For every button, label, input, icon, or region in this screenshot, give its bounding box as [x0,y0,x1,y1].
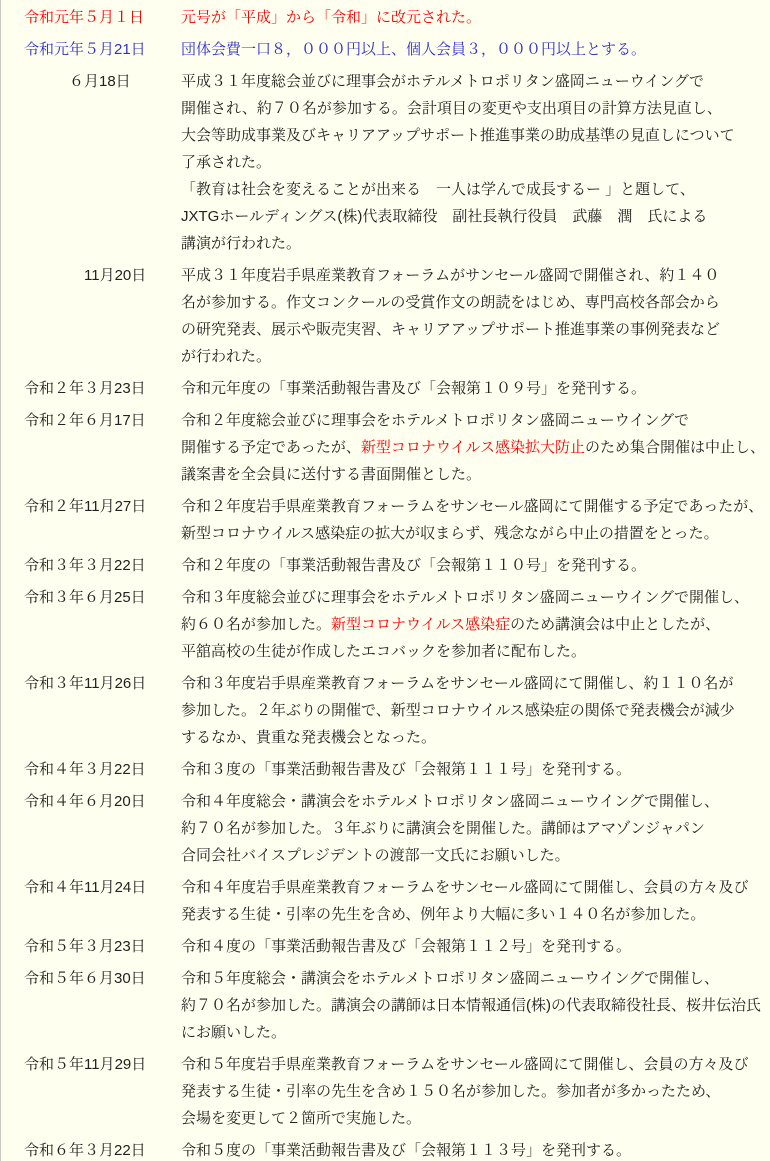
text-segment: 開催する予定であったが、 [181,439,361,456]
text-segment: 開催され、約７０名が参加する。会計項目の変更や支出項目の計算方法見直し、 [181,100,722,117]
text-segment: 令和３度の「事業活動報告書及び「会報第１１１号」を発刊する。 [181,761,631,778]
text-segment: 会場を変更して２箇所で実施した。 [181,1110,421,1127]
text-segment: のため講演会は中止としたが、 [510,616,720,633]
text-segment: 令和元年度の「事業活動報告書及び「会報第１０９号」を発刊する。 [181,380,646,397]
entry-text-line: するなか、貴重な発表機会となった。 [181,724,770,751]
entry-date: 11月20日 [1,262,181,289]
text-segment: 平成３１年度岩手県産業教育フォーラムがサンセール盛岡で開催され、約１４０ [181,267,719,284]
text-segment: するなか、貴重な発表機会となった。 [181,729,436,746]
timeline-entry: 令和２年11月27日令和２年度岩手県産業教育フォーラムをサンセール盛岡にて開催す… [1,493,770,547]
text-segment: 令和２年度の「事業活動報告書及び「会報第１１０号」を発刊する。 [181,557,646,574]
text-segment: 大会等助成事業及びキャリアアップサポート推進事業の助成基準の見直しについて [181,127,735,144]
entry-text-line: 開催する予定であったが、新型コロナウイルス感染拡大防止のため集合開催は中止し、 [181,434,770,461]
entry-text-line: 令和２年度の「事業活動報告書及び「会報第１１０号」を発刊する。 [181,552,770,579]
entry-content: 令和３年度岩手県産業教育フォーラムをサンセール盛岡にて開催し、約１１０名が参加し… [181,670,770,751]
entry-content: 元号が「平成」から「令和」に改元された。 [181,4,770,31]
text-segment: 「教育は社会を変えることが出来る 一人は学んで成長するー 」と題して、 [181,181,695,198]
entry-content: 令和５年度岩手県産業教育フォーラムをサンセール盛岡にて開催し、会員の方々及び発表… [181,1051,770,1132]
text-segment: 令和３年度岩手県産業教育フォーラムをサンセール盛岡にて開催し、約１１０名が [181,675,733,692]
highlighted-text-segment: 新型コロナウイルス感染症 [331,616,510,633]
entry-text-line: 団体会費一口８，０００円以上、個人会員３，０００円以上とする。 [181,36,770,63]
timeline-entry: 令和２年３月23日令和元年度の「事業活動報告書及び「会報第１０９号」を発刊する。 [1,375,770,402]
text-segment: 発表する生徒・引率の先生を含め、例年より大幅に多い１４０名が参加した。 [181,906,705,923]
timeline-entry: 令和元年５月21日団体会費一口８，０００円以上、個人会員３，０００円以上とする。 [1,36,770,63]
text-segment: 参加した。２年ぶりの開催で、新型コロナウイルス感染症の関係で発表機会が減少 [181,702,735,719]
entry-date: 令和２年６月17日 [1,407,181,434]
entry-content: 平成３１年度岩手県産業教育フォーラムがサンセール盛岡で開催され、約１４０名が参加… [181,262,770,370]
text-segment: 令和５年度総会・講演会をホテルメトロポリタン盛岡ニューウイングで開催し、 [181,970,719,987]
text-segment: 約６０名が参加した。 [181,616,331,633]
entry-date: ６月18日 [1,68,181,95]
entry-content: 令和２年度総会並びに理事会をホテルメトロポリタン盛岡ニューウイングで開催する予定… [181,407,770,488]
entry-content: 平成３１年度総会並びに理事会がホテルメトロポリタン盛岡ニューウイングで開催され、… [181,68,770,257]
text-segment: JXTGホールディングス(株)代表取締役 副社長執行役員 武藤 潤 氏による [181,208,707,225]
timeline-entry: 令和４年11月24日令和４年度岩手県産業教育フォーラムをサンセール盛岡にて開催し… [1,874,770,928]
text-segment: にお願いした。 [181,1024,286,1041]
entry-date: 令和３年３月22日 [1,552,181,579]
text-segment: 名が参加する。作文コンクールの受賞作文の朗読をはじめ、専門高校各部会から [181,294,720,311]
entry-text-line: 合同会社バイスプレジデントの渡部一文氏にお願いした。 [181,842,770,869]
entry-date: 令和３年６月25日 [1,584,181,611]
entry-text-line: 名が参加する。作文コンクールの受賞作文の朗読をはじめ、専門高校各部会から [181,289,770,316]
text-segment: 令和４年度総会・講演会をホテルメトロポリタン盛岡ニューウイングで開催し、 [181,793,719,810]
timeline: 令和元年５月１日元号が「平成」から「令和」に改元された。令和元年５月21日団体会… [1,4,770,1161]
entry-content: 令和２年度の「事業活動報告書及び「会報第１１０号」を発刊する。 [181,552,770,579]
entry-text-line: 令和４年度総会・講演会をホテルメトロポリタン盛岡ニューウイングで開催し、 [181,788,770,815]
timeline-entry: 令和４年３月22日令和３度の「事業活動報告書及び「会報第１１１号」を発刊する。 [1,756,770,783]
entry-date: 令和５年３月23日 [1,933,181,960]
text-segment: が行われた。 [181,348,271,365]
highlighted-text-segment: 団体会費一口８，０００円以上、個人会員３，０００円以上とする。 [181,41,646,58]
entry-date: 令和２年３月23日 [1,375,181,402]
timeline-entry: 令和５年６月30日令和５年度総会・講演会をホテルメトロポリタン盛岡ニューウイング… [1,965,770,1046]
entry-text-line: 令和２年度総会並びに理事会をホテルメトロポリタン盛岡ニューウイングで [181,407,770,434]
entry-text-line: 平舘高校の生徒が作成したエコバックを参加者に配布した。 [181,638,770,665]
highlighted-text-segment: 元号が「平成」から「令和」に改元された。 [181,9,481,26]
entry-text-line: 令和５年度岩手県産業教育フォーラムをサンセール盛岡にて開催し、会員の方々及び [181,1051,770,1078]
text-segment: 令和５度の「事業活動報告書及び「会報第１１３号」を発刊する。 [181,1142,631,1159]
entry-text-line: 参加した。２年ぶりの開催で、新型コロナウイルス感染症の関係で発表機会が減少 [181,697,770,724]
entry-date: 令和元年５月21日 [1,36,181,63]
text-segment: の研究発表、展示や販売実習、キャリアアップサポート推進事業の事例発表など [181,321,720,338]
timeline-entry: 令和４年６月20日令和４年度総会・講演会をホテルメトロポリタン盛岡ニューウイング… [1,788,770,869]
text-segment: 令和５年度岩手県産業教育フォーラムをサンセール盛岡にて開催し、会員の方々及び [181,1056,748,1073]
entry-text-line: 令和５度の「事業活動報告書及び「会報第１１３号」を発刊する。 [181,1137,770,1161]
entry-text-line: 令和４年度岩手県産業教育フォーラムをサンセール盛岡にて開催し、会員の方々及び [181,874,770,901]
text-segment: 約７０名が参加した。講演会の講師は日本情報通信(株)の代表取締役社長、桜井伝治氏 [181,997,761,1014]
entry-content: 令和４年度岩手県産業教育フォーラムをサンセール盛岡にて開催し、会員の方々及び発表… [181,874,770,928]
entry-text-line: 約６０名が参加した。新型コロナウイルス感染症のため講演会は中止としたが、 [181,611,770,638]
timeline-entry: 令和２年６月17日令和２年度総会並びに理事会をホテルメトロポリタン盛岡ニューウイ… [1,407,770,488]
entry-content: 令和３年度総会並びに理事会をホテルメトロポリタン盛岡ニューウイングで開催し、約６… [181,584,770,665]
highlighted-text-segment: 新型コロナウイルス感染拡大防止 [361,439,585,456]
entry-date: 令和５年11月29日 [1,1051,181,1078]
entry-content: 令和５年度総会・講演会をホテルメトロポリタン盛岡ニューウイングで開催し、約７０名… [181,965,770,1046]
entry-date: 令和５年６月30日 [1,965,181,992]
entry-date: 令和４年６月20日 [1,788,181,815]
entry-text-line: 令和４度の「事業活動報告書及び「会報第１１２号」を発刊する。 [181,933,770,960]
entry-date: 令和２年11月27日 [1,493,181,520]
timeline-entry: 令和５年11月29日令和５年度岩手県産業教育フォーラムをサンセール盛岡にて開催し… [1,1051,770,1132]
entry-text-line: 令和２年度岩手県産業教育フォーラムをサンセール盛岡にて開催する予定であったが、 [181,493,770,520]
entry-text-line: 発表する生徒・引率の先生を含め１５０名が参加した。参加者が多かったため、 [181,1078,770,1105]
entry-content: 令和４度の「事業活動報告書及び「会報第１１２号」を発刊する。 [181,933,770,960]
text-segment: 令和４年度岩手県産業教育フォーラムをサンセール盛岡にて開催し、会員の方々及び [181,879,748,896]
entry-text-line: 令和３年度岩手県産業教育フォーラムをサンセール盛岡にて開催し、約１１０名が [181,670,770,697]
entry-text-line: 令和３年度総会並びに理事会をホテルメトロポリタン盛岡ニューウイングで開催し、 [181,584,770,611]
timeline-entry: 11月20日平成３１年度岩手県産業教育フォーラムがサンセール盛岡で開催され、約１… [1,262,770,370]
text-segment: 令和４度の「事業活動報告書及び「会報第１１２号」を発刊する。 [181,938,631,955]
entry-text-line: 「教育は社会を変えることが出来る 一人は学んで成長するー 」と題して、 [181,176,770,203]
history-chronology-page: 令和元年５月１日元号が「平成」から「令和」に改元された。令和元年５月21日団体会… [0,0,770,1161]
entry-text-line: 発表する生徒・引率の先生を含め、例年より大幅に多い１４０名が参加した。 [181,901,770,928]
entry-text-line: が行われた。 [181,343,770,370]
text-segment: 令和２年度総会並びに理事会をホテルメトロポリタン盛岡ニューウイングで [181,412,689,429]
entry-text-line: 大会等助成事業及びキャリアアップサポート推進事業の助成基準の見直しについて [181,122,770,149]
entry-text-line: 議案書を全会員に送付する書面開催とした。 [181,461,770,488]
timeline-entry: 令和元年５月１日元号が「平成」から「令和」に改元された。 [1,4,770,31]
text-segment: 発表する生徒・引率の先生を含め１５０名が参加した。参加者が多かったため、 [181,1083,720,1100]
entry-date: 令和４年11月24日 [1,874,181,901]
text-segment: 令和２年度岩手県産業教育フォーラムをサンセール盛岡にて開催する予定であったが、 [181,498,763,515]
entry-text-line: 平成３１年度岩手県産業教育フォーラムがサンセール盛岡で開催され、約１４０ [181,262,770,289]
entry-date: 令和３年11月26日 [1,670,181,697]
timeline-entry: 令和３年６月25日令和３年度総会並びに理事会をホテルメトロポリタン盛岡ニューウイ… [1,584,770,665]
entry-text-line: 開催され、約７０名が参加する。会計項目の変更や支出項目の計算方法見直し、 [181,95,770,122]
text-segment: 合同会社バイスプレジデントの渡部一文氏にお願いした。 [181,847,570,864]
timeline-entry: 令和３年11月26日令和３年度岩手県産業教育フォーラムをサンセール盛岡にて開催し… [1,670,770,751]
entry-text-line: 令和３度の「事業活動報告書及び「会報第１１１号」を発刊する。 [181,756,770,783]
entry-content: 令和５度の「事業活動報告書及び「会報第１１３号」を発刊する。 [181,1137,770,1161]
entry-text-line: 令和元年度の「事業活動報告書及び「会報第１０９号」を発刊する。 [181,375,770,402]
entry-text-line: 講演が行われた。 [181,230,770,257]
entry-content: 団体会費一口８，０００円以上、個人会員３，０００円以上とする。 [181,36,770,63]
entry-date: 令和４年３月22日 [1,756,181,783]
entry-text-line: JXTGホールディングス(株)代表取締役 副社長執行役員 武藤 潤 氏による [181,203,770,230]
text-segment: 了承された。 [181,154,271,171]
entry-text-line: 元号が「平成」から「令和」に改元された。 [181,4,770,31]
entry-content: 令和元年度の「事業活動報告書及び「会報第１０９号」を発刊する。 [181,375,770,402]
entry-text-line: 新型コロナウイルス感染症の拡大が収まらず、残念ながら中止の措置をとった。 [181,520,770,547]
entry-text-line: 会場を変更して２箇所で実施した。 [181,1105,770,1132]
timeline-entry: 令和５年３月23日令和４度の「事業活動報告書及び「会報第１１２号」を発刊する。 [1,933,770,960]
entry-text-line: 平成３１年度総会並びに理事会がホテルメトロポリタン盛岡ニューウイングで [181,68,770,95]
entry-content: 令和４年度総会・講演会をホテルメトロポリタン盛岡ニューウイングで開催し、約７０名… [181,788,770,869]
entry-content: 令和２年度岩手県産業教育フォーラムをサンセール盛岡にて開催する予定であったが、新… [181,493,770,547]
text-segment: 講演が行われた。 [181,235,301,252]
entry-content: 令和３度の「事業活動報告書及び「会報第１１１号」を発刊する。 [181,756,770,783]
timeline-entry: ６月18日平成３１年度総会並びに理事会がホテルメトロポリタン盛岡ニューウイングで… [1,68,770,257]
entry-text-line: 了承された。 [181,149,770,176]
text-segment: のため集合開催は中止し、 [585,439,765,456]
text-segment: 令和３年度総会並びに理事会をホテルメトロポリタン盛岡ニューウイングで開催し、 [181,589,749,606]
text-segment: 平舘高校の生徒が作成したエコバックを参加者に配布した。 [181,643,586,660]
text-segment: 新型コロナウイルス感染症の拡大が収まらず、残念ながら中止の措置をとった。 [181,525,719,542]
text-segment: 約７０名が参加した。３年ぶりに講演会を開催した。講師はアマゾンジャパン [181,820,705,837]
entry-text-line: 令和５年度総会・講演会をホテルメトロポリタン盛岡ニューウイングで開催し、 [181,965,770,992]
entry-date: 令和元年５月１日 [1,4,181,31]
timeline-entry: 令和６年３月22日令和５度の「事業活動報告書及び「会報第１１３号」を発刊する。 [1,1137,770,1161]
entry-date: 令和６年３月22日 [1,1137,181,1161]
text-segment: 平成３１年度総会並びに理事会がホテルメトロポリタン盛岡ニューウイングで [181,73,704,90]
text-segment: 議案書を全会員に送付する書面開催とした。 [181,466,481,483]
entry-text-line: の研究発表、展示や販売実習、キャリアアップサポート推進事業の事例発表など [181,316,770,343]
entry-text-line: 約７０名が参加した。３年ぶりに講演会を開催した。講師はアマゾンジャパン [181,815,770,842]
entry-text-line: にお願いした。 [181,1019,770,1046]
entry-text-line: 約７０名が参加した。講演会の講師は日本情報通信(株)の代表取締役社長、桜井伝治氏 [181,992,770,1019]
timeline-entry: 令和３年３月22日令和２年度の「事業活動報告書及び「会報第１１０号」を発刊する。 [1,552,770,579]
